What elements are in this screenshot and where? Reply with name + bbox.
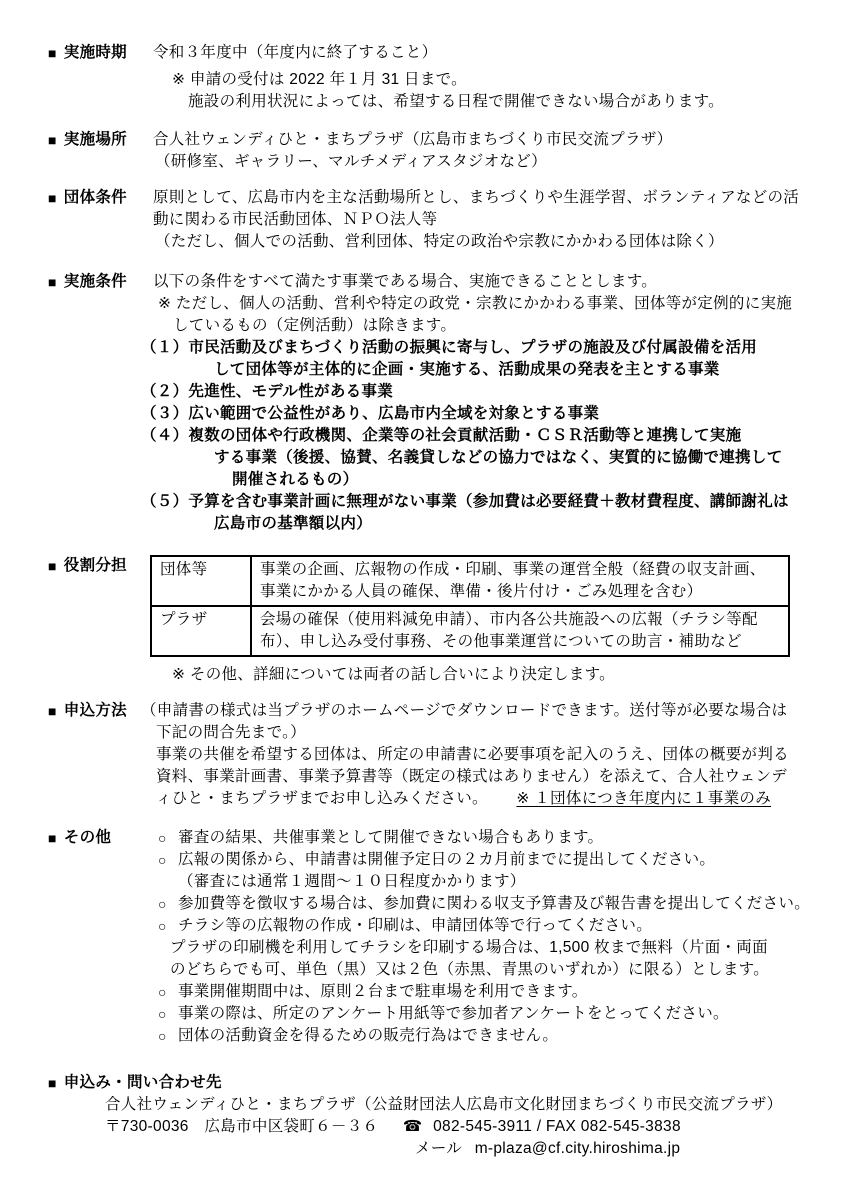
apply-line: 資料、事業計画書、事業予算書等（既定の様式はありません）を添えて、合人社ウェンデ: [153, 766, 809, 788]
condition-item-4-cont: 開催されるもの）: [153, 469, 809, 491]
other-item-line: 審査の結果、共催事業として開催できない場合もあります。: [178, 827, 809, 849]
condition-item-1: （１）市民活動及びまちづくり活動の振興に寄与し、プラザの施設及び付属設備を活用: [141, 337, 809, 359]
other-item-line: 事業の際は、所定のアンケート用紙等で参加者アンケートをとってください。: [178, 1003, 809, 1025]
circle-bullet-icon: ○: [158, 1025, 178, 1047]
section-org-conditions: ■ 団体条件 原則として、広島市内を主な活動場所とし、まちづくりや生涯学習、ボラ…: [48, 187, 809, 253]
period-note-line: 施設の利用状況によっては、希望する日程で開催できない場合があります。: [153, 91, 809, 113]
section-roles-label: 役割分担: [64, 555, 127, 577]
section-roles-content: 団体等 事業の企画、広報物の作成・印刷、事業の運営全般（経費の収支計画、 事業に…: [153, 555, 809, 686]
section-apply: ■ 申込方法 （申請書の様式は当プラザのホームページでダウンロードできます。送付…: [48, 700, 809, 810]
section-conditions-label: 実施条件: [64, 271, 127, 293]
roles-row-body: 会場の確保（使用料減免申請）、市内各公共施設への広報（チラシ等配 布）、申し込み…: [251, 606, 789, 656]
roles-body-line: 事業にかかる人員の確保、準備・後片付け・ごみ処理を含む）: [260, 581, 780, 603]
section-org-content: 原則として、広島市内を主な活動場所とし、まちづくりや生涯学習、ボランティアなどの…: [153, 187, 809, 253]
roles-note: ※ その他、詳細については両者の話し合いにより決定します。: [153, 664, 809, 686]
section-place: ■ 実施場所 合人社ウェンディひと・まちプラザ（広島市まちづくり市民交流プラザ）…: [48, 129, 809, 173]
section-period-content: 令和３年度中（年度内に終了すること） ※ 申請の受付は 2022 年１月 31 …: [153, 42, 809, 113]
document-page: ■ 実施時期 令和３年度中（年度内に終了すること） ※ 申請の受付は 2022 …: [0, 0, 849, 1200]
other-item-line: 広報の関係から、申請書は開催予定日の２カ月前までに提出してください。: [178, 849, 809, 871]
list-item: ○ 広報の関係から、申請書は開催予定日の２カ月前までに提出してください。 （審査…: [153, 849, 809, 893]
section-roles-header: ■ 役割分担: [48, 555, 153, 577]
section-conditions-content: 以下の条件をすべて満たす事業である場合、実施できることとします。 ※ ただし、個…: [153, 271, 809, 535]
roles-row-body: 事業の企画、広報物の作成・印刷、事業の運営全般（経費の収支計画、 事業にかかる人…: [251, 556, 789, 606]
contact-email-address: m-plaza@cf.city.hiroshima.jp: [475, 1140, 681, 1157]
circle-bullet-icon: ○: [158, 915, 178, 937]
section-conditions-header: ■ 実施条件: [48, 271, 153, 293]
section-other-header: ■ その他: [48, 827, 153, 849]
contact-postal-address: 〒730-0036 広島市中区袋町６－３６: [105, 1118, 378, 1135]
section-place-content: 合人社ウェンディひと・まちプラザ（広島市まちづくり市民交流プラザ） （研修室、ギ…: [153, 129, 809, 173]
circle-bullet-icon: ○: [158, 849, 178, 871]
list-item: ○ 事業の際は、所定のアンケート用紙等で参加者アンケートをとってください。: [153, 1003, 809, 1025]
square-bullet-icon: ■: [48, 555, 57, 577]
contact-phone-fax: 082-545-3911 / FAX 082-545-3838: [433, 1118, 681, 1135]
conditions-note-line: しているもの（定例活動）は除きます。: [153, 315, 809, 337]
org-line: （ただし、個人での活動、営利団体、特定の政治や宗教にかかわる団体は除く）: [153, 231, 809, 253]
roles-body-line: 事業の企画、広報物の作成・印刷、事業の運営全般（経費の収支計画、: [260, 559, 780, 581]
condition-item-3: （３）広い範囲で公益性があり、広島市内全域を対象とする事業: [141, 403, 809, 425]
square-bullet-icon: ■: [48, 700, 57, 722]
period-note-line: ※ 申請の受付は 2022 年１月 31 日まで。: [153, 69, 809, 91]
section-other: ■ その他 ○ 審査の結果、共催事業として開催できない場合もあります。 ○ 広報…: [48, 827, 809, 1047]
section-period-header: ■ 実施時期: [48, 42, 153, 64]
apply-line: ィひと・まちプラザまでお申し込みください。 ※ １団体につき年度内に１事業のみ: [153, 788, 809, 810]
roles-body-line: 布）、申し込み受付事務、その他事業運営についての助言・補助など: [260, 631, 780, 653]
apply-line-text: ィひと・まちプラザまでお申し込みください。: [156, 790, 488, 807]
other-item-line: のどちらでも可、単色（黒）又は２色（赤黒、青黒のいずれか）に限る）とします。: [170, 959, 809, 981]
section-other-content: ○ 審査の結果、共催事業として開催できない場合もあります。 ○ 広報の関係から、…: [153, 827, 809, 1047]
contact-address-line: 〒730-0036 広島市中区袋町６－３６ ☎ 082-545-3911 / F…: [105, 1116, 809, 1138]
section-apply-content: （申請書の様式は当プラザのホームページでダウンロードできます。送付等が必要な場合…: [153, 700, 809, 810]
square-bullet-icon: ■: [48, 827, 57, 849]
contact-org-line: 合人社ウェンディひと・まちプラザ（公益財団法人広島市文化財団まちづくり市民交流プ…: [105, 1094, 809, 1116]
condition-item-4: （４）複数の団体や行政機関、企業等の社会貢献活動・ＣＳＲ活動等と連携して実施: [141, 425, 809, 447]
org-line: 動に関わる市民活動団体、ＮＰＯ法人等: [153, 209, 809, 231]
condition-item-2: （２）先進性、モデル性がある事業: [141, 381, 809, 403]
roles-row-head: 団体等: [151, 556, 251, 606]
other-item-line: 参加費等を徴収する場合は、参加費に関わる収支予算書及び報告書を提出してください。: [178, 893, 809, 915]
square-bullet-icon: ■: [48, 187, 57, 209]
condition-item-5: （５）予算を含む事業計画に無理がない事業（参加費は必要経費＋教材費程度、講師謝礼…: [141, 491, 809, 513]
section-roles: ■ 役割分担 団体等 事業の企画、広報物の作成・印刷、事業の運営全般（経費の収支…: [48, 555, 809, 686]
org-line: 原則として、広島市内を主な活動場所とし、まちづくりや生涯学習、ボランティアなどの…: [153, 187, 809, 209]
table-row: プラザ 会場の確保（使用料減免申請）、市内各公共施設への広報（チラシ等配 布）、…: [151, 606, 789, 656]
list-item: ○ 参加費等を徴収する場合は、参加費に関わる収支予算書及び報告書を提出してくださ…: [153, 893, 809, 915]
phone-icon: ☎: [403, 1118, 423, 1135]
conditions-intro: 以下の条件をすべて満たす事業である場合、実施できることとします。: [153, 271, 809, 293]
list-item: ○ 事業開催期間中は、原則２台まで駐車場を利用できます。: [153, 981, 809, 1003]
section-contact-label: 申込み・問い合わせ先: [64, 1072, 222, 1094]
circle-bullet-icon: ○: [158, 893, 178, 915]
apply-line: 下記の問合先まで。）: [153, 722, 809, 744]
square-bullet-icon: ■: [48, 1072, 57, 1094]
period-line: 令和３年度中（年度内に終了すること）: [153, 42, 809, 64]
circle-bullet-icon: ○: [158, 981, 178, 1003]
list-item: ○ 団体の活動資金を得るための販売行為はできません。: [153, 1025, 809, 1047]
condition-item-4-cont: する事業（後援、協賛、名義貸しなどの協力ではなく、実質的に協働で連携して: [153, 447, 809, 469]
roles-row-head: プラザ: [151, 606, 251, 656]
other-item-line: プラザの印刷機を利用してチラシを印刷する場合は、1,500 枚まで無料（片面・両…: [170, 937, 809, 959]
contact-email-line: メール m-plaza@cf.city.hiroshima.jp: [105, 1138, 809, 1160]
section-org-header: ■ 団体条件: [48, 187, 153, 209]
section-org-label: 団体条件: [64, 187, 127, 209]
apply-line: （申請書の様式は当プラザのホームページでダウンロードできます。送付等が必要な場合…: [141, 700, 809, 722]
section-place-label: 実施場所: [64, 129, 127, 151]
apply-limit-note: ※ １団体につき年度内に１事業のみ: [516, 790, 771, 807]
roles-body-line: 会場の確保（使用料減免申請）、市内各公共施設への広報（チラシ等配: [260, 609, 780, 631]
section-place-header: ■ 実施場所: [48, 129, 153, 151]
section-apply-header: ■ 申込方法: [48, 700, 153, 722]
period-note-block: ※ 申請の受付は 2022 年１月 31 日まで。 施設の利用状況によっては、希…: [153, 69, 809, 113]
square-bullet-icon: ■: [48, 129, 57, 151]
square-bullet-icon: ■: [48, 42, 57, 64]
list-item: ○ チラシ等の広報物の作成・印刷は、申請団体等で行ってください。 プラザの印刷機…: [153, 915, 809, 981]
list-item: ○ 審査の結果、共催事業として開催できない場合もあります。: [153, 827, 809, 849]
section-contact-header: ■ 申込み・問い合わせ先: [48, 1072, 809, 1094]
circle-bullet-icon: ○: [158, 827, 178, 849]
section-period: ■ 実施時期 令和３年度中（年度内に終了すること） ※ 申請の受付は 2022 …: [48, 42, 809, 113]
place-line: （研修室、ギャラリー、マルチメディアスタジオなど）: [153, 151, 809, 173]
section-apply-label: 申込方法: [64, 700, 127, 722]
conditions-note-line: ※ ただし、個人の活動、営利や特定の政党・宗教にかかわる事業、団体等が定例的に実…: [153, 293, 809, 315]
other-item-line: 団体の活動資金を得るための販売行為はできません。: [178, 1025, 809, 1047]
table-row: 団体等 事業の企画、広報物の作成・印刷、事業の運営全般（経費の収支計画、 事業に…: [151, 556, 789, 606]
section-contact: ■ 申込み・問い合わせ先 合人社ウェンディひと・まちプラザ（公益財団法人広島市文…: [48, 1072, 809, 1160]
other-item-line: （審査には通常１週間～１０日程度かかります）: [178, 871, 809, 893]
section-conditions: ■ 実施条件 以下の条件をすべて満たす事業である場合、実施できることとします。 …: [48, 271, 809, 535]
condition-item-5-cont: 広島市の基準額以内）: [153, 513, 809, 535]
contact-email-label: メール: [415, 1140, 462, 1157]
place-line: 合人社ウェンディひと・まちプラザ（広島市まちづくり市民交流プラザ）: [153, 129, 809, 151]
other-item-line: チラシ等の広報物の作成・印刷は、申請団体等で行ってください。: [178, 915, 809, 937]
section-period-label: 実施時期: [64, 42, 127, 64]
roles-table: 団体等 事業の企画、広報物の作成・印刷、事業の運営全般（経費の収支計画、 事業に…: [150, 555, 790, 657]
square-bullet-icon: ■: [48, 271, 57, 293]
apply-line: 事業の共催を希望する団体は、所定の申請書に必要事項を記入のうえ、団体の概要が判る: [153, 744, 809, 766]
condition-item-1-cont: して団体等が主体的に企画・実施する、活動成果の発表を主とする事業: [153, 359, 809, 381]
circle-bullet-icon: ○: [158, 1003, 178, 1025]
section-other-label: その他: [64, 827, 111, 849]
other-item-line: 事業開催期間中は、原則２台まで駐車場を利用できます。: [178, 981, 809, 1003]
